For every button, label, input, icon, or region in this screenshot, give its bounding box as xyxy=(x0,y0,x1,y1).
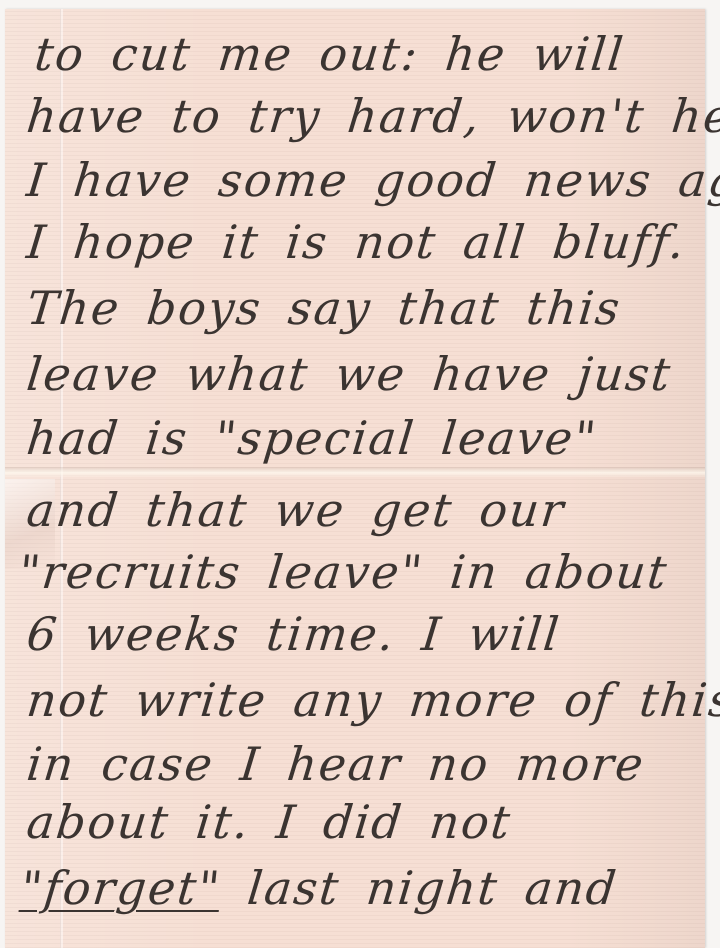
text-line: I hope it is not all bluff. xyxy=(25,219,689,265)
text-line: "recruits leave" in about xyxy=(17,549,671,595)
text-line: leave what we have just xyxy=(25,351,675,397)
handwritten-text: to cut me out: he will have to try hard,… xyxy=(5,9,705,948)
text-line: and that we get our xyxy=(25,487,568,533)
text-line-rest: last night and xyxy=(218,861,620,915)
text-line: to cut me out: he will xyxy=(33,31,628,77)
text-line: have to try hard, won't he? xyxy=(25,93,720,139)
text-line: not write any more of this xyxy=(25,677,720,723)
text-line: in case I hear no more xyxy=(25,741,648,787)
underlined-word: "forget" xyxy=(18,861,224,915)
text-line: 6 weeks time. I will xyxy=(25,611,563,657)
text-line: about it. I did not xyxy=(25,799,514,845)
letter-page: to cut me out: he will have to try hard,… xyxy=(5,9,705,948)
text-line-last: "forget" last night and xyxy=(19,865,621,911)
text-line: had is "special leave" xyxy=(25,415,600,461)
text-line: The boys say that this xyxy=(25,285,624,331)
text-line: I have some good news again. xyxy=(25,157,720,203)
